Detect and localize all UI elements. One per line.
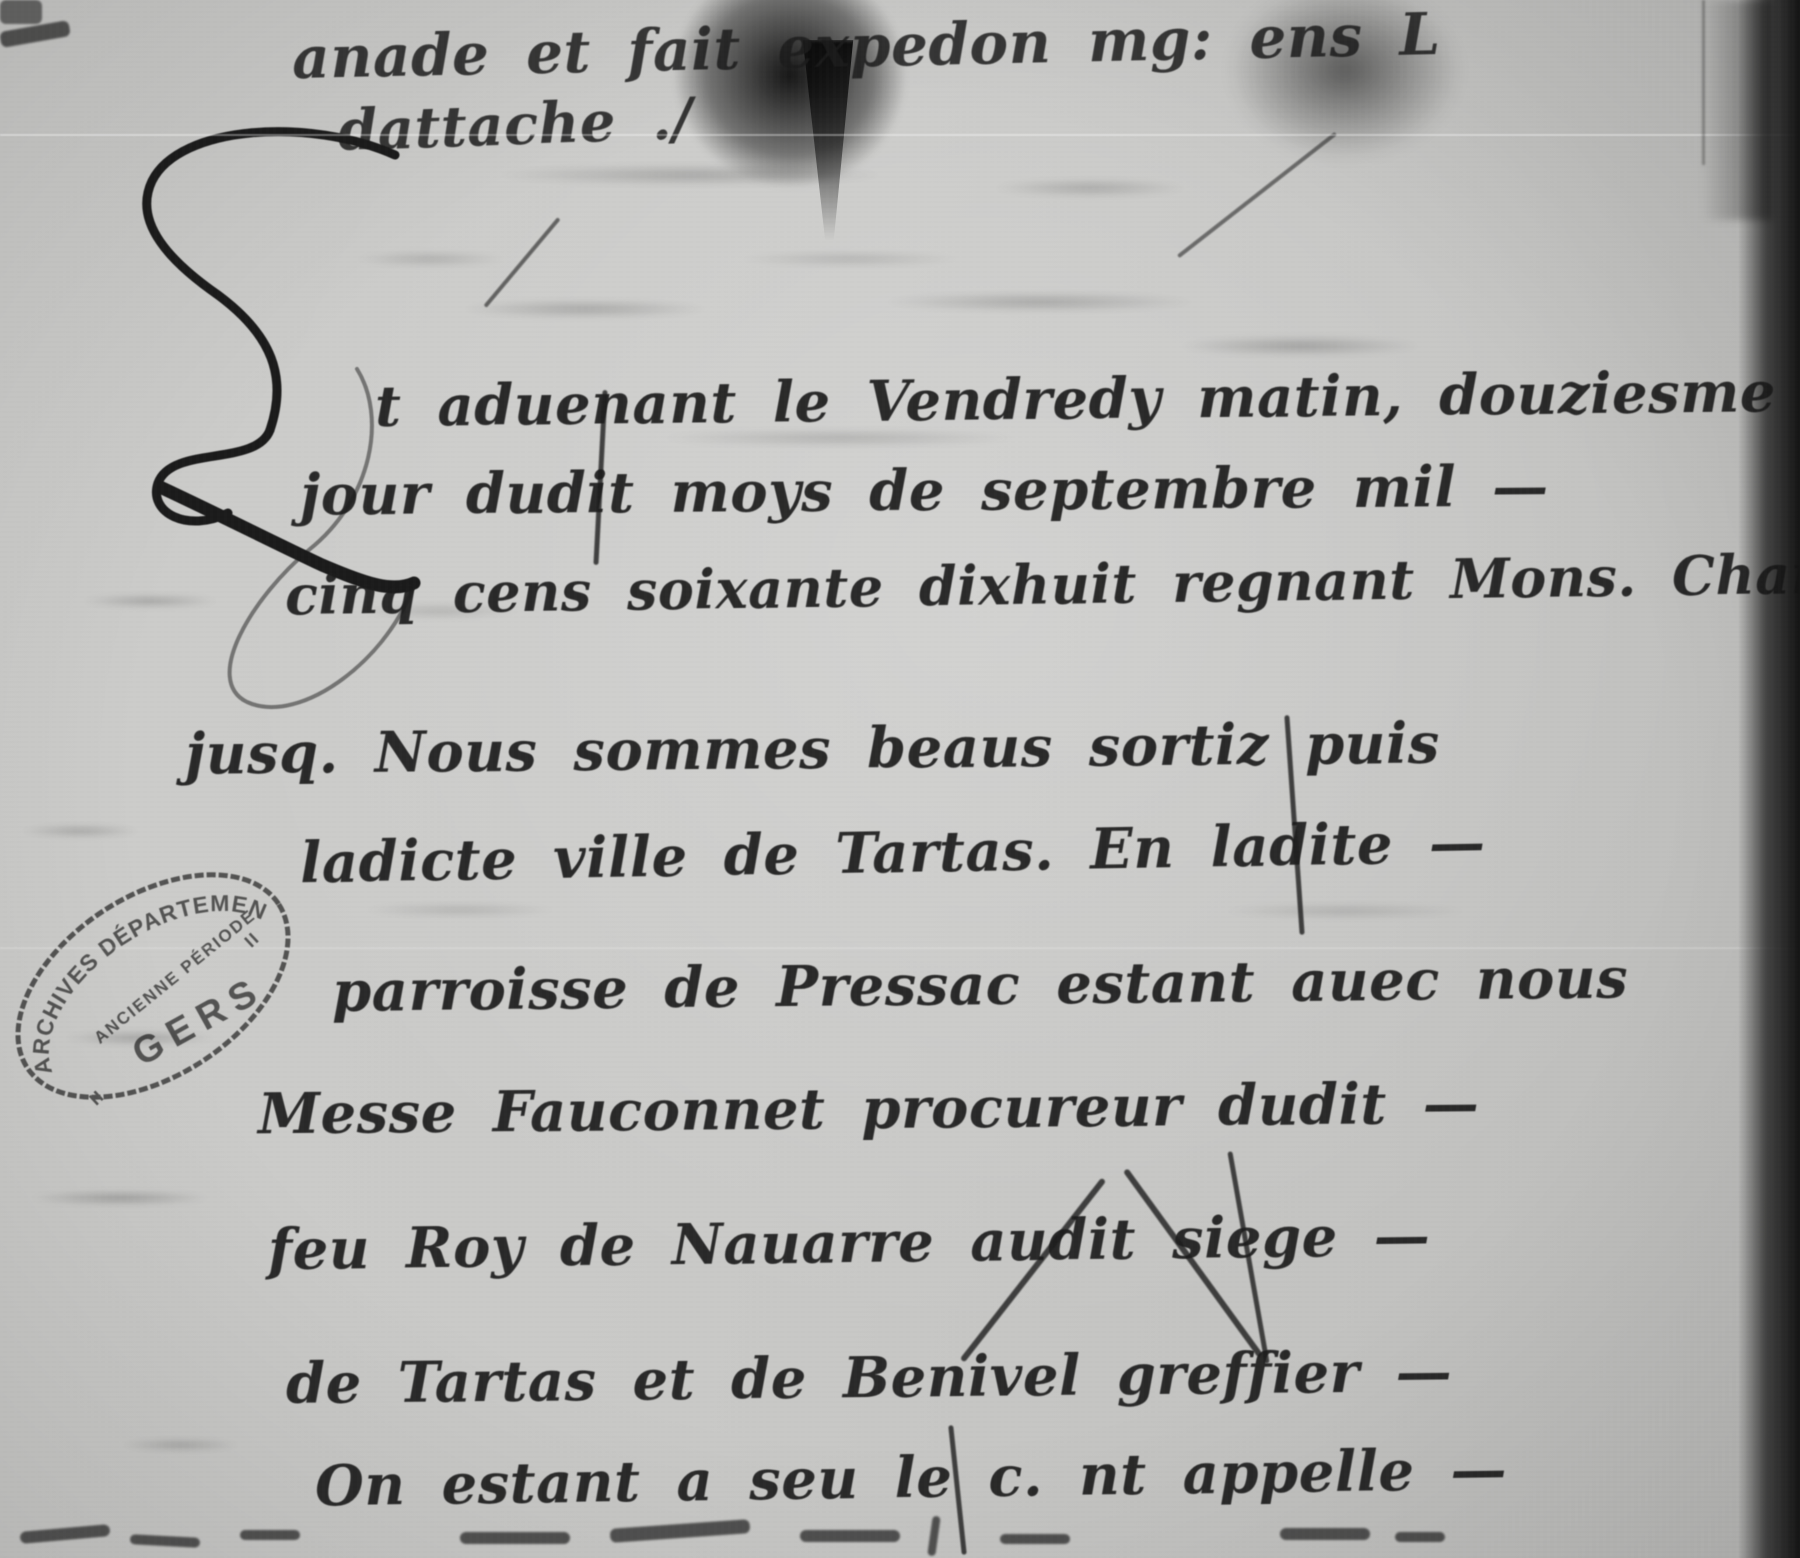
page-edge-shadow — [1738, 0, 1800, 1558]
bleedthrough-smudge — [830, 288, 1250, 316]
stamp-side-mark: = — [81, 1084, 110, 1113]
manuscript-scan: anade et fait expedon mg: ens L dattache… — [0, 0, 1800, 1558]
edge-ink-mark — [0, 20, 71, 48]
bleedthrough-smudge — [330, 900, 590, 920]
bleedthrough-smudge — [960, 175, 1220, 201]
edge-ink-mark — [0, 0, 42, 24]
bleedthrough-smudge — [1140, 332, 1460, 360]
handwritten-line: feu Roy de Nauarre audit siege — — [268, 1203, 1431, 1283]
cutoff-glyph-fragment — [240, 1530, 300, 1540]
cutoff-glyph-fragment — [20, 1524, 111, 1544]
scan-seam — [0, 947, 1800, 949]
bleedthrough-smudge — [0, 822, 160, 840]
cutoff-glyph-fragment — [1000, 1534, 1070, 1544]
bleedthrough-smudge — [0, 1188, 240, 1208]
cutoff-glyph-fragment — [1395, 1532, 1445, 1542]
handwritten-line: cinq cens soixante dixhuit regnant Mons.… — [285, 541, 1800, 628]
cutoff-glyph-fragment — [1280, 1528, 1370, 1540]
archive-stamp: ARCHIVES DÉPARTEMENTALES ANCIENNE PÉRIOD… — [0, 846, 328, 1136]
handwritten-line: parroisse de Pressac estant auec nous — [332, 945, 1629, 1025]
cutoff-glyph-fragment — [927, 1516, 940, 1557]
bleedthrough-smudge — [1180, 900, 1510, 922]
handwritten-line: de Tartas et de Benivel greffier — — [286, 1339, 1453, 1417]
cutoff-glyph-fragment — [460, 1532, 570, 1544]
handwritten-line: jour dudit moys de septembre mil — — [300, 454, 1549, 529]
handwritten-line: jusq. Nous sommes beaus sortiz puis — [185, 711, 1440, 788]
handwritten-line: ladicte ville de Tartas. En ladite — — [300, 810, 1486, 897]
scan-seam — [0, 134, 1800, 136]
cutoff-glyph-fragment — [610, 1519, 751, 1543]
bleedthrough-smudge — [700, 248, 1000, 270]
handwritten-line: On estant a seu le c. nt appelle — — [315, 1437, 1508, 1520]
cutoff-glyph-fragment — [130, 1534, 200, 1548]
handwritten-line: Messe Fauconnet procureur dudit — — [258, 1071, 1480, 1148]
bleedthrough-smudge — [100, 1436, 260, 1454]
cutoff-glyph-fragment — [800, 1530, 900, 1542]
handwritten-line: t aduenant le Vendredy matin, douziesme … — [375, 358, 1800, 440]
